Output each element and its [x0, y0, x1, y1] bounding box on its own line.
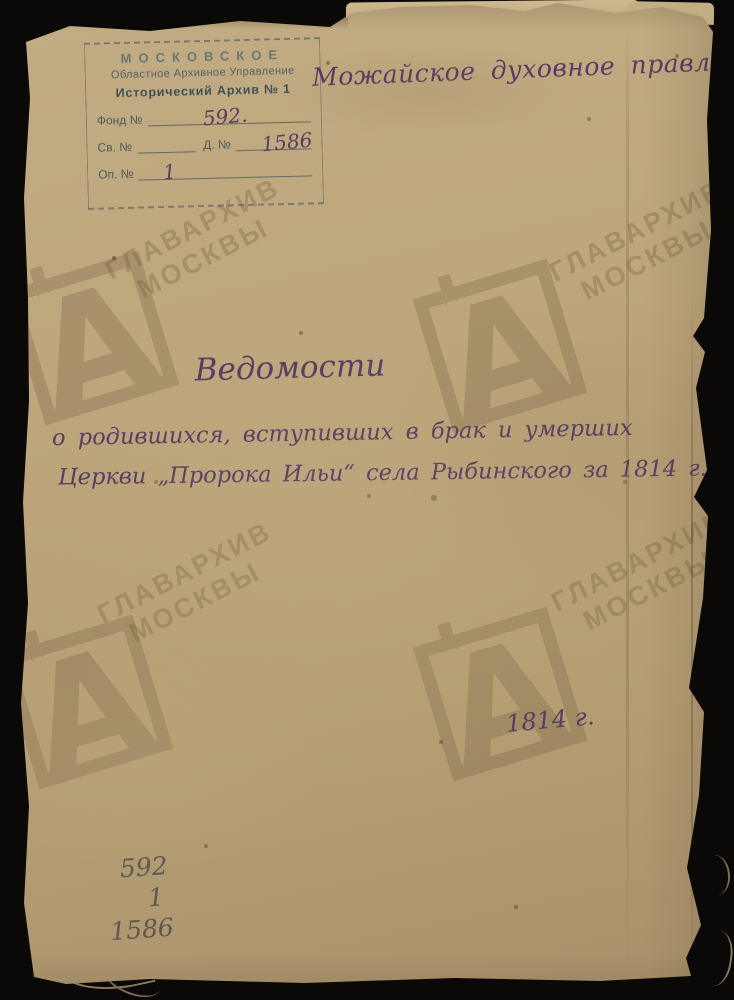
logo-frame	[5, 251, 180, 426]
glavarhiv-logo-icon: А	[0, 615, 173, 790]
logo-letter: А	[416, 611, 590, 794]
pencil-delo-number: 1586	[109, 912, 175, 947]
handwritten-year-note: 1814 г.	[505, 702, 596, 738]
stamp-delo-line: 1586	[236, 133, 312, 151]
glavarhiv-logo-icon: А	[413, 259, 588, 434]
torn-edge-fiber	[700, 854, 732, 897]
logo-frame	[413, 259, 588, 434]
archive-scan-background: А ГЛАВАРХИВ МОСКВЫ А ГЛАВАРХИВ МОСКВЫ	[0, 0, 734, 1000]
logo-flag	[23, 630, 44, 662]
paper-specks	[0, 0, 2, 2]
stamp-opis-row: Оп. № 1	[98, 160, 312, 181]
logo-letter: А	[8, 255, 182, 438]
logo-frame	[413, 607, 588, 782]
watermark-line1: ГЛАВАРХИВ	[544, 174, 728, 288]
handwritten-subtitle-line2: Церкви „Пророка Ильи“ села Рыбинского за…	[58, 455, 707, 490]
watermark-line1: ГЛАВАРХИВ	[546, 504, 730, 618]
pencil-opis-number: 1	[147, 881, 173, 914]
stamp-fond-value: 592.	[202, 104, 248, 128]
watermark-text: ГЛАВАРХИВ МОСКВЫ	[92, 516, 291, 658]
stamp-delo-value: 1586	[261, 130, 314, 155]
fold-crease	[691, 290, 693, 980]
stamp-sv-label: Св. №	[97, 140, 137, 155]
stamp-fond-label: Фонд №	[97, 112, 148, 127]
handwritten-title: Ведомости	[170, 347, 411, 389]
handwritten-header-note: Можайское духовное правление	[312, 45, 734, 92]
stamp-fond-line: 592.	[147, 106, 311, 126]
glavarhiv-logo-icon: А	[5, 251, 180, 426]
watermark-text: ГЛАВАРХИВ МОСКВЫ	[546, 504, 734, 646]
fold-crease	[626, 28, 629, 972]
watermark-line2: МОСКВЫ	[132, 200, 299, 306]
pencil-archive-codes: 592 1 1586	[105, 850, 175, 947]
logo-flag	[437, 274, 458, 306]
archive-folder-cover: А ГЛАВАРХИВ МОСКВЫ А ГЛАВАРХИВ МОСКВЫ	[0, 0, 734, 1000]
watermark-line2: МОСКВЫ	[124, 544, 291, 650]
stamp-org-line1: МОСКОВСКОЕ	[95, 46, 309, 66]
logo-frame	[0, 615, 173, 790]
watermark-line2: МОСКВЫ	[576, 202, 734, 308]
logo-letter: А	[2, 619, 176, 802]
stamp-org-line3: Исторический Архив № 1	[96, 81, 310, 100]
logo-flag	[437, 622, 458, 654]
torn-edge-fiber	[692, 928, 734, 988]
pencil-fond-number: 592	[119, 850, 171, 884]
stamp-opis-line: 1	[138, 160, 312, 180]
stamp-opis-label: Оп. №	[98, 167, 139, 182]
stamp-delo-label: Д. №	[203, 137, 236, 152]
archive-stamp: МОСКОВСКОЕ Областное Архивное Управление…	[84, 37, 324, 210]
handwritten-subtitle-line1: о родившихся, вступивших в брак и умерши…	[52, 415, 633, 451]
watermark-line2: МОСКВЫ	[578, 532, 734, 638]
glavarhiv-logo-icon: А	[413, 607, 588, 782]
stamp-org-line2: Областное Архивное Управление	[96, 64, 310, 81]
stamp-sv-delo-row: Св. № Д. № 1586	[97, 133, 311, 154]
stamp-sv-line	[137, 136, 195, 153]
stamp-opis-value: 1	[162, 161, 177, 182]
logo-flag	[29, 266, 50, 298]
stamp-fond-row: Фонд № 592.	[97, 106, 311, 127]
fold-crease	[18, 14, 348, 29]
watermark-text: ГЛАВАРХИВ МОСКВЫ	[544, 174, 734, 316]
watermark-line1: ГЛАВАРХИВ	[92, 516, 276, 630]
